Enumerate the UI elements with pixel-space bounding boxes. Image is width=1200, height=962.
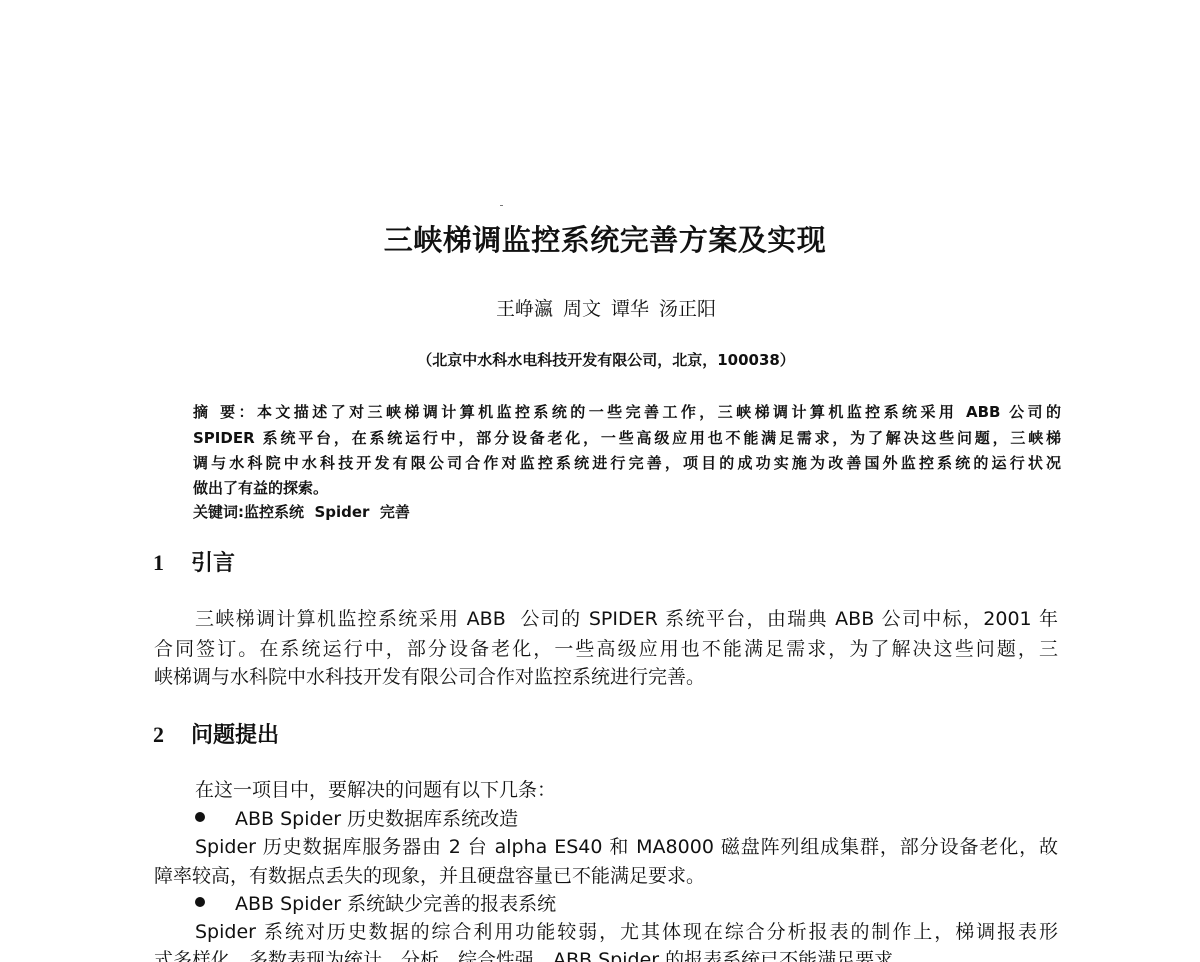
paragraph-line: 峡梯调与水科院中水科技开发有限公司合作对监控系统进行完善。 (154, 668, 1058, 687)
bullet-item-2: ABB Spider 系统缺少完善的报表系统 (195, 895, 556, 914)
bullet-item-1: ABB Spider 历史数据库系统改造 (195, 810, 518, 829)
section-number: 2 (153, 724, 191, 746)
paper-authors: 王峥瀛 周文 谭华 汤正阳 (0, 300, 1200, 319)
abstract-line: 调与水科院中水科技开发有限公司合作对监控系统进行完善，项目的成功实施为改善国外监… (193, 456, 1061, 471)
paper-title: 三峡梯调监控系统完善方案及实现 (0, 226, 1200, 255)
scan-artifact (500, 205, 503, 206)
abstract-line: 摘 要：本文描述了对三峡梯调计算机监控系统的一些完善工作，三峡梯调计算机监控系统… (193, 405, 1061, 420)
paragraph-line: 三峡梯调计算机监控系统采用 ABB 公司的 SPIDER 系统平台，由瑞典 AB… (195, 610, 1058, 629)
abstract-line: 做出了有益的探索。 (193, 481, 1061, 496)
paragraph-line: Spider 系统对历史数据的综合利用功能较弱，尤其体现在综合分析报表的制作上，… (195, 923, 1058, 942)
section-heading-1: 1引言 (153, 552, 235, 575)
paragraph-line: Spider 历史数据库服务器由 2 台 alpha ES40 和 MA8000… (195, 838, 1058, 857)
paper-affiliation: （北京中水科水电科技开发有限公司，北京，100038） (0, 353, 1200, 368)
paragraph-line: 式多样化，多数表现为统计、分析、综合性强，ABB Spider 的报表系统已不能… (154, 951, 1058, 962)
section-heading-2: 2问题提出 (153, 724, 279, 747)
paragraph-line: 障率较高，有数据点丢失的现象，并且硬盘容量已不能满足要求。 (154, 867, 1058, 886)
paragraph-line: 合同签订。在系统运行中，部分设备老化，一些高级应用也不能满足需求，为了解决这些问… (154, 640, 1058, 659)
section-title: 问题提出 (191, 723, 279, 748)
section-number: 1 (153, 552, 191, 574)
section-title: 引言 (191, 551, 235, 576)
bullet-icon (195, 897, 205, 907)
section-2-intro: 在这一项目中，要解决的问题有以下几条： (195, 781, 1058, 800)
bullet-text: ABB Spider 历史数据库系统改造 (235, 808, 518, 830)
keywords-line: 关键词:监控系统 Spider 完善 (193, 505, 1061, 520)
abstract-line: SPIDER 系统平台，在系统运行中，部分设备老化，一些高级应用也不能满足需求，… (193, 431, 1061, 446)
bullet-text: ABB Spider 系统缺少完善的报表系统 (235, 893, 556, 915)
bullet-icon (195, 812, 205, 822)
